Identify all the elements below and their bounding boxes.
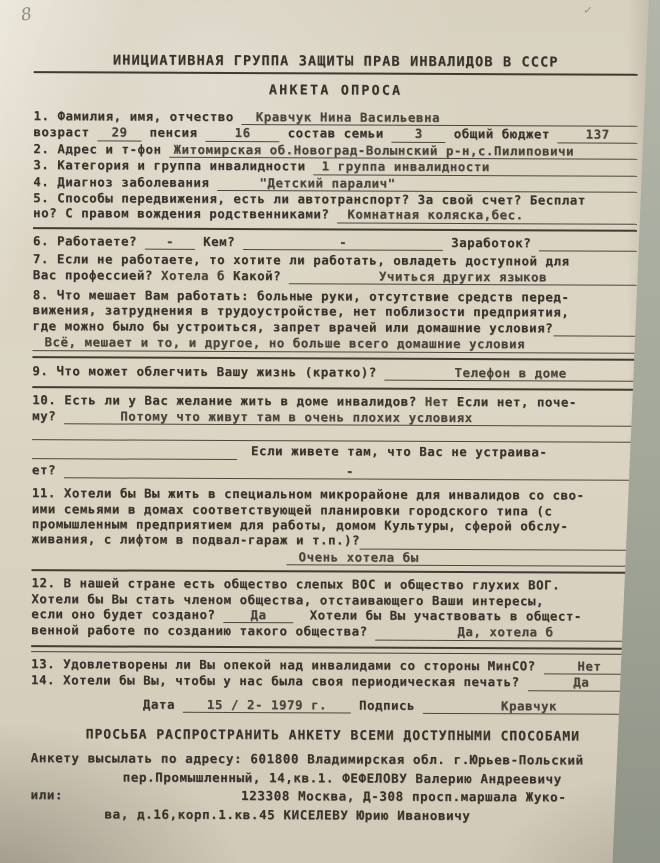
form-lines: 1. Фамилия, имя, отчество Кравчук Нина В… <box>30 108 637 826</box>
q10-line3 <box>32 424 636 443</box>
question-text: Заработок? <box>443 235 539 251</box>
photo-background: 8 ✓ ИНИЦИАТИВНАЯ ГРУППА ЗАЩИТЫ ПРАВ ИНВА… <box>0 0 660 863</box>
question-text: или: <box>30 787 63 806</box>
q11-answer: Очень хотела бы <box>32 548 636 567</box>
form-content: ИНИЦИАТИВНАЯ ГРУППА ЗАЩИТЫ ПРАВ ИНВАЛИДО… <box>0 0 660 826</box>
answer-field: 1 группа инвалидности <box>314 159 638 177</box>
question-text: 123308 Москва, Д-308 просп.маршала Жуко- <box>241 787 566 807</box>
question-text: Хотели бы Вы участвовать в общест- <box>294 607 582 624</box>
question-text: ва, д.16,корп.1.кв.45 КИСЕЛЕВУ Юрию Иван… <box>104 805 470 825</box>
answer-field: 137 <box>558 127 638 144</box>
paper-sheet: 8 ✓ ИНИЦИАТИВНАЯ ГРУППА ЗАЩИТЫ ПРАВ ИНВА… <box>0 0 660 863</box>
question-text: Если живете там, что Вас не устраива- <box>251 443 547 460</box>
q9-line: 9. Что может облегчить Вашу жизнь (кратк… <box>32 363 636 382</box>
blank-field <box>553 320 636 337</box>
question-text: возраст <box>33 125 97 141</box>
question-text: пер.Промышленный, 14,кв.1. ФЕФЕЛОВУ Вале… <box>123 768 562 788</box>
answer-field: Кравчук <box>423 697 635 714</box>
question-text: живания, с лифтом в подвал-гараж и т.п.)… <box>32 531 360 548</box>
org-title: ИНИЦИАТИВНАЯ ГРУППА ЗАЩИТЫ ПРАВ ИНВАЛИДО… <box>34 52 638 76</box>
divider <box>32 569 636 574</box>
question-text: ет? <box>32 462 64 478</box>
question-text: му? <box>32 408 64 424</box>
question-text: 2. Адрес и т-фон <box>33 141 169 157</box>
blank-field <box>32 442 237 459</box>
plea-line: ПРОСЬБА РАСПРОСТРАНИТЬ АНКЕТУ ВСЕМИ ДОСТ… <box>31 727 635 745</box>
answer-field: Кравчук Нина Васильевна <box>242 109 638 127</box>
blank-field <box>539 235 637 252</box>
divider <box>32 386 636 391</box>
answer-field: - <box>145 233 195 250</box>
answer-field: Очень хотела бы <box>287 549 636 567</box>
answer-field: - <box>64 462 636 481</box>
question-text: пенсия <box>141 125 205 141</box>
q5-line2: но? С правом вождения родственниками? Ко… <box>33 206 637 225</box>
answer-field: Нет <box>544 658 635 675</box>
answer-field: 29 <box>97 125 141 142</box>
answer-field: 16 <box>206 125 280 142</box>
answer-field: 15 / 2- 1979 г. <box>183 696 351 713</box>
divider-double <box>31 645 635 655</box>
question-text: Кем? <box>195 234 243 250</box>
answer-text: Нет <box>425 394 449 410</box>
question-text: если оно будет создано? <box>31 606 223 622</box>
question-text: Анкету высылать по адресу: 601800 Владим… <box>31 750 584 771</box>
question-text: Дата <box>143 696 183 712</box>
question-text: но? С правом вождения родственниками? <box>33 206 337 223</box>
question-text: Какой? <box>225 268 289 284</box>
question-text: 3. Категория и группа инвалидности <box>33 157 313 174</box>
question-text: 13. Удовлетворены ли Вы опекой над инвал… <box>31 656 544 674</box>
question-text: Вас профессией? <box>33 267 161 283</box>
answer-field: "Детский паралич" <box>217 175 637 193</box>
q12-line4: венной работе по созданию такого обществ… <box>31 623 635 642</box>
question-text: 10. Есть ли у Вас желание жить в доме ин… <box>32 392 425 409</box>
address-line4: ва, д.16,корп.1.кв.45 КИСЕЛЕВУ Юрию Иван… <box>30 805 634 826</box>
date-signature-line: Дата 15 / 2- 1979 г. Подпись Кравчук <box>31 696 635 715</box>
address-line1: Анкету высылать по адресу: 601800 Владим… <box>31 750 635 771</box>
question-text: 14. Хотели бы Вы, чтобы у нас была своя … <box>31 672 528 690</box>
spacer <box>63 800 241 801</box>
question-text: Подпись <box>351 697 423 713</box>
answer-field: Житомирская об.Новоград-Волынский р-н,с.… <box>169 142 637 160</box>
answer-field: Да <box>224 607 294 624</box>
divider <box>32 356 636 361</box>
answer-text: Всё, мешает и то, и другое, но больше вс… <box>44 334 525 352</box>
q7-line2: Вас профессией? Хотела б Какой? Учиться … <box>33 267 637 286</box>
q10-line5: ет? - <box>32 462 636 481</box>
answer-field: Да, хотела б <box>376 624 636 642</box>
answer-field: Телефон в доме <box>385 364 637 382</box>
form-title: АНКЕТА ОПРОСА <box>34 82 638 100</box>
question-text: венной работе по созданию такого обществ… <box>31 623 375 640</box>
answer-field: - <box>243 234 443 251</box>
question-text: 4. Диагноз заболевания <box>33 174 217 190</box>
answer-text: Хотела б <box>161 267 225 283</box>
question-text: общий бюджет <box>446 126 558 142</box>
q10-line4: Если живете там, что Вас не устраива- <box>32 442 636 461</box>
q6-line: 6. Работаете? - Кем? - Заработок? <box>33 233 637 252</box>
q8-answer: Всё, мешает и то, и другое, но больше вс… <box>32 334 636 353</box>
question-text: 9. Что может облегчить Вашу жизнь (кратк… <box>32 363 385 380</box>
question-text: состав семьи <box>280 126 392 142</box>
divider <box>33 227 637 232</box>
question-text: где можно было бы устроиться, запрет вра… <box>33 318 554 336</box>
answer-field: Комнатная коляска,бес. <box>337 207 637 225</box>
question-text: 1. Фамилия, имя, отчество <box>33 108 241 124</box>
question-text: Если нет, поче- <box>449 394 577 410</box>
q14-line: 14. Хотели бы Вы, чтобы у нас была своя … <box>31 672 635 691</box>
answer-field: Учиться других языков <box>289 268 637 286</box>
blank-field <box>32 424 636 443</box>
answer-field: 3 <box>392 126 446 143</box>
spacer <box>32 560 287 561</box>
answer-field: Да <box>528 674 635 691</box>
blank-field <box>360 533 636 551</box>
question-text: ПРОСЬБА РАСПРОСТРАНИТЬ АНКЕТУ ВСЕМИ ДОСТ… <box>86 727 580 745</box>
question-text: 6. Работаете? <box>33 233 145 249</box>
